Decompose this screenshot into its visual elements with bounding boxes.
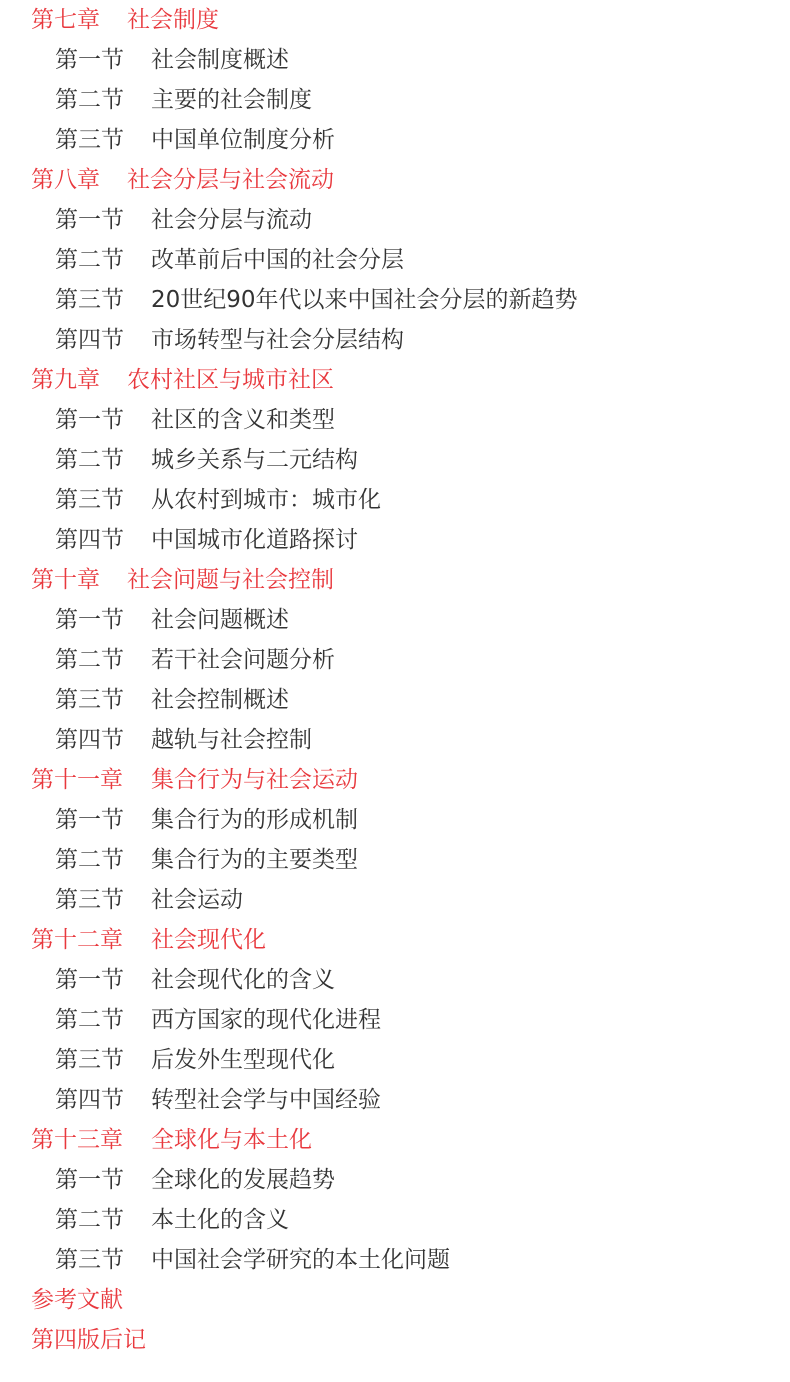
toc-section[interactable]: 第二节本土化的含义 <box>55 1200 124 1240</box>
chapter-number: 第十章 <box>31 560 100 600</box>
chapter-title: 全球化与本土化 <box>151 1120 312 1160</box>
toc-section[interactable]: 第二节若干社会问题分析 <box>55 640 124 680</box>
section-title: 若干社会问题分析 <box>151 640 335 680</box>
chapter-number: 第七章 <box>31 0 100 40</box>
section-number: 第三节 <box>55 1040 124 1080</box>
toc-chapter[interactable]: 第十章社会问题与社会控制 <box>31 560 100 600</box>
chapter-number: 第十二章 <box>31 920 123 960</box>
chapter-number: 第十一章 <box>31 760 123 800</box>
toc-section[interactable]: 第一节全球化的发展趋势 <box>55 1160 124 1200</box>
section-title: 中国社会学研究的本土化问题 <box>151 1240 450 1280</box>
toc-section[interactable]: 第二节集合行为的主要类型 <box>55 840 124 880</box>
section-title: 集合行为的主要类型 <box>151 840 358 880</box>
toc-section[interactable]: 第四节越轨与社会控制 <box>55 720 124 760</box>
toc-section[interactable]: 第四节市场转型与社会分层结构 <box>55 320 124 360</box>
section-title: 本土化的含义 <box>151 1200 289 1240</box>
toc-section[interactable]: 第三节后发外生型现代化 <box>55 1040 124 1080</box>
toc-section[interactable]: 第四节中国城市化道路探讨 <box>55 520 124 560</box>
section-title: 全球化的发展趋势 <box>151 1160 335 1200</box>
chapter-title: 社会制度 <box>127 0 219 40</box>
section-number: 第二节 <box>55 80 124 120</box>
section-number: 第一节 <box>55 600 124 640</box>
chapter-number: 第八章 <box>31 160 100 200</box>
section-number: 第三节 <box>55 480 124 520</box>
section-number: 第四节 <box>55 720 124 760</box>
section-number: 第二节 <box>55 240 124 280</box>
toc-back-matter[interactable]: 参考文献 <box>31 1280 123 1320</box>
section-title: 城乡关系与二元结构 <box>151 440 358 480</box>
chapter-number: 第十三章 <box>31 1120 123 1160</box>
section-title: 市场转型与社会分层结构 <box>151 320 404 360</box>
toc-section[interactable]: 第二节西方国家的现代化进程 <box>55 1000 124 1040</box>
section-number: 第三节 <box>55 1240 124 1280</box>
chapter-title: 集合行为与社会运动 <box>151 760 358 800</box>
section-title: 主要的社会制度 <box>151 80 312 120</box>
section-title: 转型社会学与中国经验 <box>151 1080 381 1120</box>
section-title: 后发外生型现代化 <box>151 1040 335 1080</box>
section-number: 第二节 <box>55 440 124 480</box>
toc-section[interactable]: 第三节中国社会学研究的本土化问题 <box>55 1240 124 1280</box>
section-title: 中国城市化道路探讨 <box>151 520 358 560</box>
toc-chapter[interactable]: 第十一章集合行为与社会运动 <box>31 760 123 800</box>
chapter-title: 社会问题与社会控制 <box>127 560 334 600</box>
section-number: 第一节 <box>55 1160 124 1200</box>
section-title: 改革前后中国的社会分层 <box>151 240 404 280</box>
section-title: 越轨与社会控制 <box>151 720 312 760</box>
chapter-number: 第九章 <box>31 360 100 400</box>
toc-chapter[interactable]: 第十三章全球化与本土化 <box>31 1120 123 1160</box>
section-title: 西方国家的现代化进程 <box>151 1000 381 1040</box>
toc-section[interactable]: 第一节社会制度概述 <box>55 40 124 80</box>
toc-section[interactable]: 第一节集合行为的形成机制 <box>55 800 124 840</box>
toc-section[interactable]: 第二节改革前后中国的社会分层 <box>55 240 124 280</box>
section-title: 社会问题概述 <box>151 600 289 640</box>
section-number: 第三节 <box>55 680 124 720</box>
section-title: 社会现代化的含义 <box>151 960 335 1000</box>
section-number: 第三节 <box>55 280 124 320</box>
section-number: 第一节 <box>55 200 124 240</box>
toc-section[interactable]: 第三节20世纪90年代以来中国社会分层的新趋势 <box>55 280 124 320</box>
toc-chapter[interactable]: 第十二章社会现代化 <box>31 920 123 960</box>
toc-section[interactable]: 第四节转型社会学与中国经验 <box>55 1080 124 1120</box>
section-number: 第二节 <box>55 1000 124 1040</box>
toc-chapter[interactable]: 第七章社会制度 <box>31 0 100 40</box>
section-title: 社会控制概述 <box>151 680 289 720</box>
toc-section[interactable]: 第二节主要的社会制度 <box>55 80 124 120</box>
toc-section[interactable]: 第一节社会现代化的含义 <box>55 960 124 1000</box>
section-title: 社区的含义和类型 <box>151 400 335 440</box>
section-title: 社会制度概述 <box>151 40 289 80</box>
toc-section[interactable]: 第三节中国单位制度分析 <box>55 120 124 160</box>
section-title: 20世纪90年代以来中国社会分层的新趋势 <box>151 280 578 320</box>
toc-back-matter[interactable]: 第四版后记 <box>31 1320 146 1360</box>
toc-section[interactable]: 第一节社会问题概述 <box>55 600 124 640</box>
toc-section[interactable]: 第二节城乡关系与二元结构 <box>55 440 124 480</box>
section-title: 社会分层与流动 <box>151 200 312 240</box>
section-title: 社会运动 <box>151 880 243 920</box>
chapter-title: 社会分层与社会流动 <box>127 160 334 200</box>
toc-chapter[interactable]: 第九章农村社区与城市社区 <box>31 360 100 400</box>
section-number: 第三节 <box>55 880 124 920</box>
section-number: 第三节 <box>55 120 124 160</box>
chapter-title: 社会现代化 <box>151 920 266 960</box>
section-title: 从农村到城市：城市化 <box>151 480 381 520</box>
section-number: 第一节 <box>55 40 124 80</box>
toc-section[interactable]: 第三节从农村到城市：城市化 <box>55 480 124 520</box>
section-number: 第四节 <box>55 1080 124 1120</box>
section-title: 集合行为的形成机制 <box>151 800 358 840</box>
section-number: 第一节 <box>55 960 124 1000</box>
back-matter-title: 第四版后记 <box>31 1320 146 1360</box>
chapter-title: 农村社区与城市社区 <box>127 360 334 400</box>
section-title: 中国单位制度分析 <box>151 120 335 160</box>
section-number: 第二节 <box>55 840 124 880</box>
toc-section[interactable]: 第三节社会控制概述 <box>55 680 124 720</box>
toc-section[interactable]: 第一节社会分层与流动 <box>55 200 124 240</box>
toc-section[interactable]: 第一节社区的含义和类型 <box>55 400 124 440</box>
section-number: 第四节 <box>55 520 124 560</box>
toc-section[interactable]: 第三节社会运动 <box>55 880 124 920</box>
toc-chapter[interactable]: 第八章社会分层与社会流动 <box>31 160 100 200</box>
section-number: 第四节 <box>55 320 124 360</box>
back-matter-title: 参考文献 <box>31 1280 123 1320</box>
section-number: 第一节 <box>55 800 124 840</box>
section-number: 第二节 <box>55 640 124 680</box>
section-number: 第二节 <box>55 1200 124 1240</box>
section-number: 第一节 <box>55 400 124 440</box>
